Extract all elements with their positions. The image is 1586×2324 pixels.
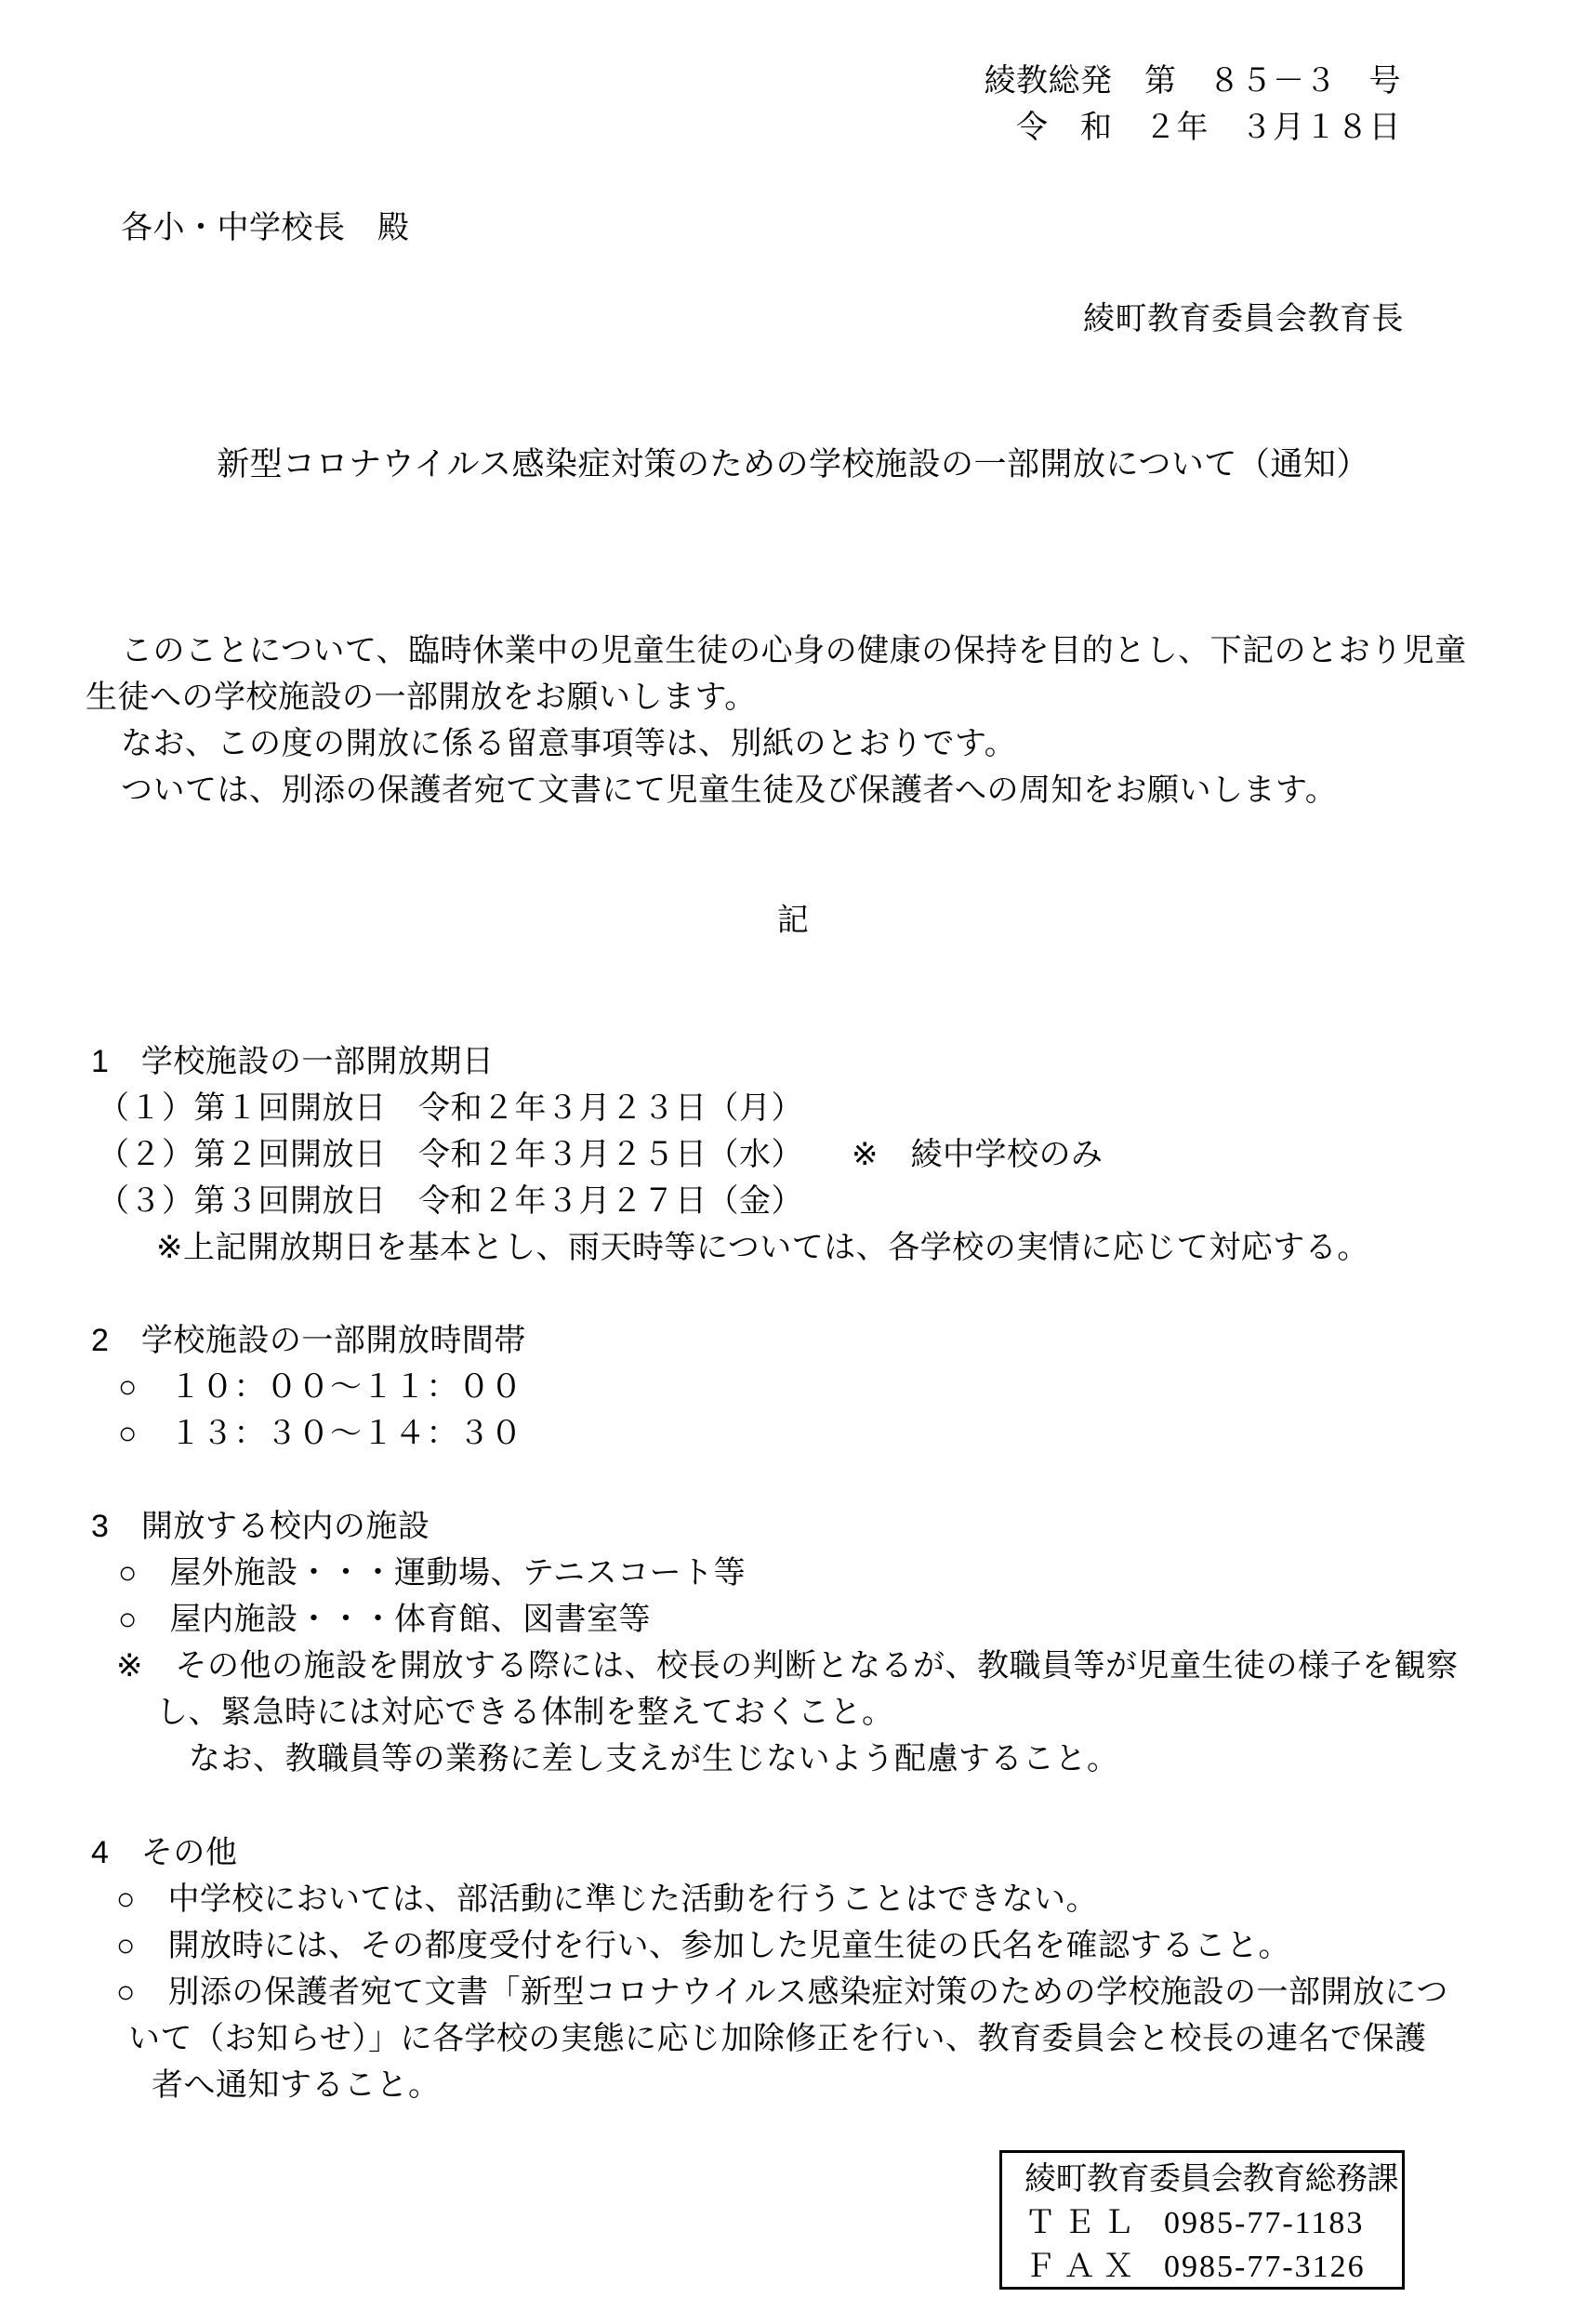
- contact-tel-number: 0985-77-1183: [1164, 2206, 1364, 2240]
- contact-box: 綾町教育委員会教育総務課 ＴＥＬ0985-77-1183 ＦＡＸ0985-77-…: [999, 2150, 1405, 2290]
- doc-date: 令 和 ２年 ３月１８日: [0, 104, 1401, 151]
- addressee-line: 各小・中学校長 殿: [0, 205, 1586, 251]
- addressee-block: 各小・中学校長 殿: [0, 205, 1586, 251]
- section-1-note: ※上記開放期日を基本とし、雨天時等については、各学校の実情に応じて対応する。: [0, 1224, 1586, 1271]
- sender-line: 綾町教育委員会教育長: [0, 296, 1404, 342]
- section-1-item-1: （１）第１回開放日 令和２年３月２３日（月）: [0, 1085, 1586, 1131]
- section-1-item-3: （３）第３回開放日 令和２年３月２７日（金）: [0, 1178, 1586, 1224]
- doc-header: 綾教総発 第 ８５－３ 号 令 和 ２年 ３月１８日: [0, 58, 1401, 151]
- body-paragraph-2: なお、この度の開放に係る留意事項等は、別紙のとおりです。: [0, 720, 1586, 767]
- doc-number: 綾教総発 第 ８５－３ 号: [0, 58, 1401, 104]
- section-4-item-3-line-1: ○ 別添の保護者宛て文書「新型コロナウイルス感染症対策のための学校施設の一部開放…: [0, 1969, 1586, 2015]
- contact-fax-row: ＦＡＸ0985-77-3126: [1024, 2245, 1393, 2289]
- body-paragraph-1-line-1: このことについて、臨時休業中の児童生徒の心身の健康の保持を目的とし、下記のとおり…: [0, 627, 1586, 674]
- section-3-note-line-2: し、緊急時には対応できる体制を整えておくこと。: [0, 1689, 1586, 1736]
- contact-department: 綾町教育委員会教育総務課: [1024, 2158, 1393, 2201]
- section-4-others: 4 その他 ○ 中学校においては、部活動に準じた活動を行うことはできない。 ○ …: [0, 1829, 1586, 2108]
- document-page: 綾教総発 第 ８５－３ 号 令 和 ２年 ３月１８日 各小・中学校長 殿 綾町教…: [0, 0, 1586, 2324]
- section-4-item-1: ○ 中学校においては、部活動に準じた活動を行うことはできない。: [0, 1876, 1586, 1922]
- section-3-note-line-3: なお、教職員等の業務に差し支えが生じないよう配慮すること。: [0, 1736, 1586, 1782]
- section-2-open-hours: 2 学校施設の一部開放時間帯 ○ １０：００～１１：００ ○ １３：３０～１４：…: [0, 1317, 1586, 1457]
- section-3-note-line-1: ※ その他の施設を開放する際には、校長の判断となるが、教職員等が児童生徒の様子を…: [0, 1643, 1586, 1689]
- contact-tel-row: ＴＥＬ0985-77-1183: [1024, 2201, 1393, 2245]
- contact-fax-label: ＦＡＸ: [1024, 2245, 1164, 2289]
- ki-marker-block: 記: [0, 897, 1586, 944]
- section-4-item-2: ○ 開放時には、その都度受付を行い、参加した児童生徒の氏名を確認すること。: [0, 1922, 1586, 1969]
- doc-title: 新型コロナウイルス感染症対策のための学校施設の一部開放について（通知）: [0, 442, 1586, 488]
- section-3-facilities: 3 開放する校内の施設 ○ 屋外施設・・・運動場、テニスコート等 ○ 屋内施設・…: [0, 1503, 1586, 1782]
- section-4-item-3-line-3: 者へ通知すること。: [0, 2062, 1586, 2108]
- section-3-heading: 3 開放する校内の施設: [0, 1503, 1586, 1550]
- sender-block: 綾町教育委員会教育長: [0, 296, 1404, 342]
- body-paragraph-1-line-2: 生徒への学校施設の一部開放をお願いします。: [0, 674, 1586, 720]
- contact-fax-number: 0985-77-3126: [1164, 2250, 1366, 2284]
- contact-tel-label: ＴＥＬ: [1024, 2201, 1164, 2245]
- section-1-heading: 1 学校施設の一部開放期日: [0, 1038, 1586, 1085]
- section-1-item-2: （２）第２回開放日 令和２年３月２５日（水） ※ 綾中学校のみ: [0, 1131, 1586, 1178]
- section-2-heading: 2 学校施設の一部開放時間帯: [0, 1317, 1586, 1364]
- ki-marker: 記: [0, 897, 1586, 944]
- section-4-heading: 4 その他: [0, 1829, 1586, 1876]
- body-paragraphs: このことについて、臨時休業中の児童生徒の心身の健康の保持を目的とし、下記のとおり…: [0, 627, 1586, 813]
- body-paragraph-3: ついては、別添の保護者宛て文書にて児童生徒及び保護者への周知をお願いします。: [0, 767, 1586, 813]
- section-1-open-dates: 1 学校施設の一部開放期日 （１）第１回開放日 令和２年３月２３日（月） （２）…: [0, 1038, 1586, 1271]
- section-2-item-1: ○ １０：００～１１：００: [0, 1364, 1586, 1410]
- section-4-item-3-line-2: いて（お知らせ）」に各学校の実態に応じ加除修正を行い、教育委員会と校長の連名で保…: [0, 2015, 1586, 2062]
- doc-title-block: 新型コロナウイルス感染症対策のための学校施設の一部開放について（通知）: [0, 442, 1586, 488]
- section-2-item-2: ○ １３：３０～１４：３０: [0, 1410, 1586, 1457]
- section-3-item-2: ○ 屋内施設・・・体育館、図書室等: [0, 1596, 1586, 1643]
- section-3-item-1: ○ 屋外施設・・・運動場、テニスコート等: [0, 1550, 1586, 1596]
